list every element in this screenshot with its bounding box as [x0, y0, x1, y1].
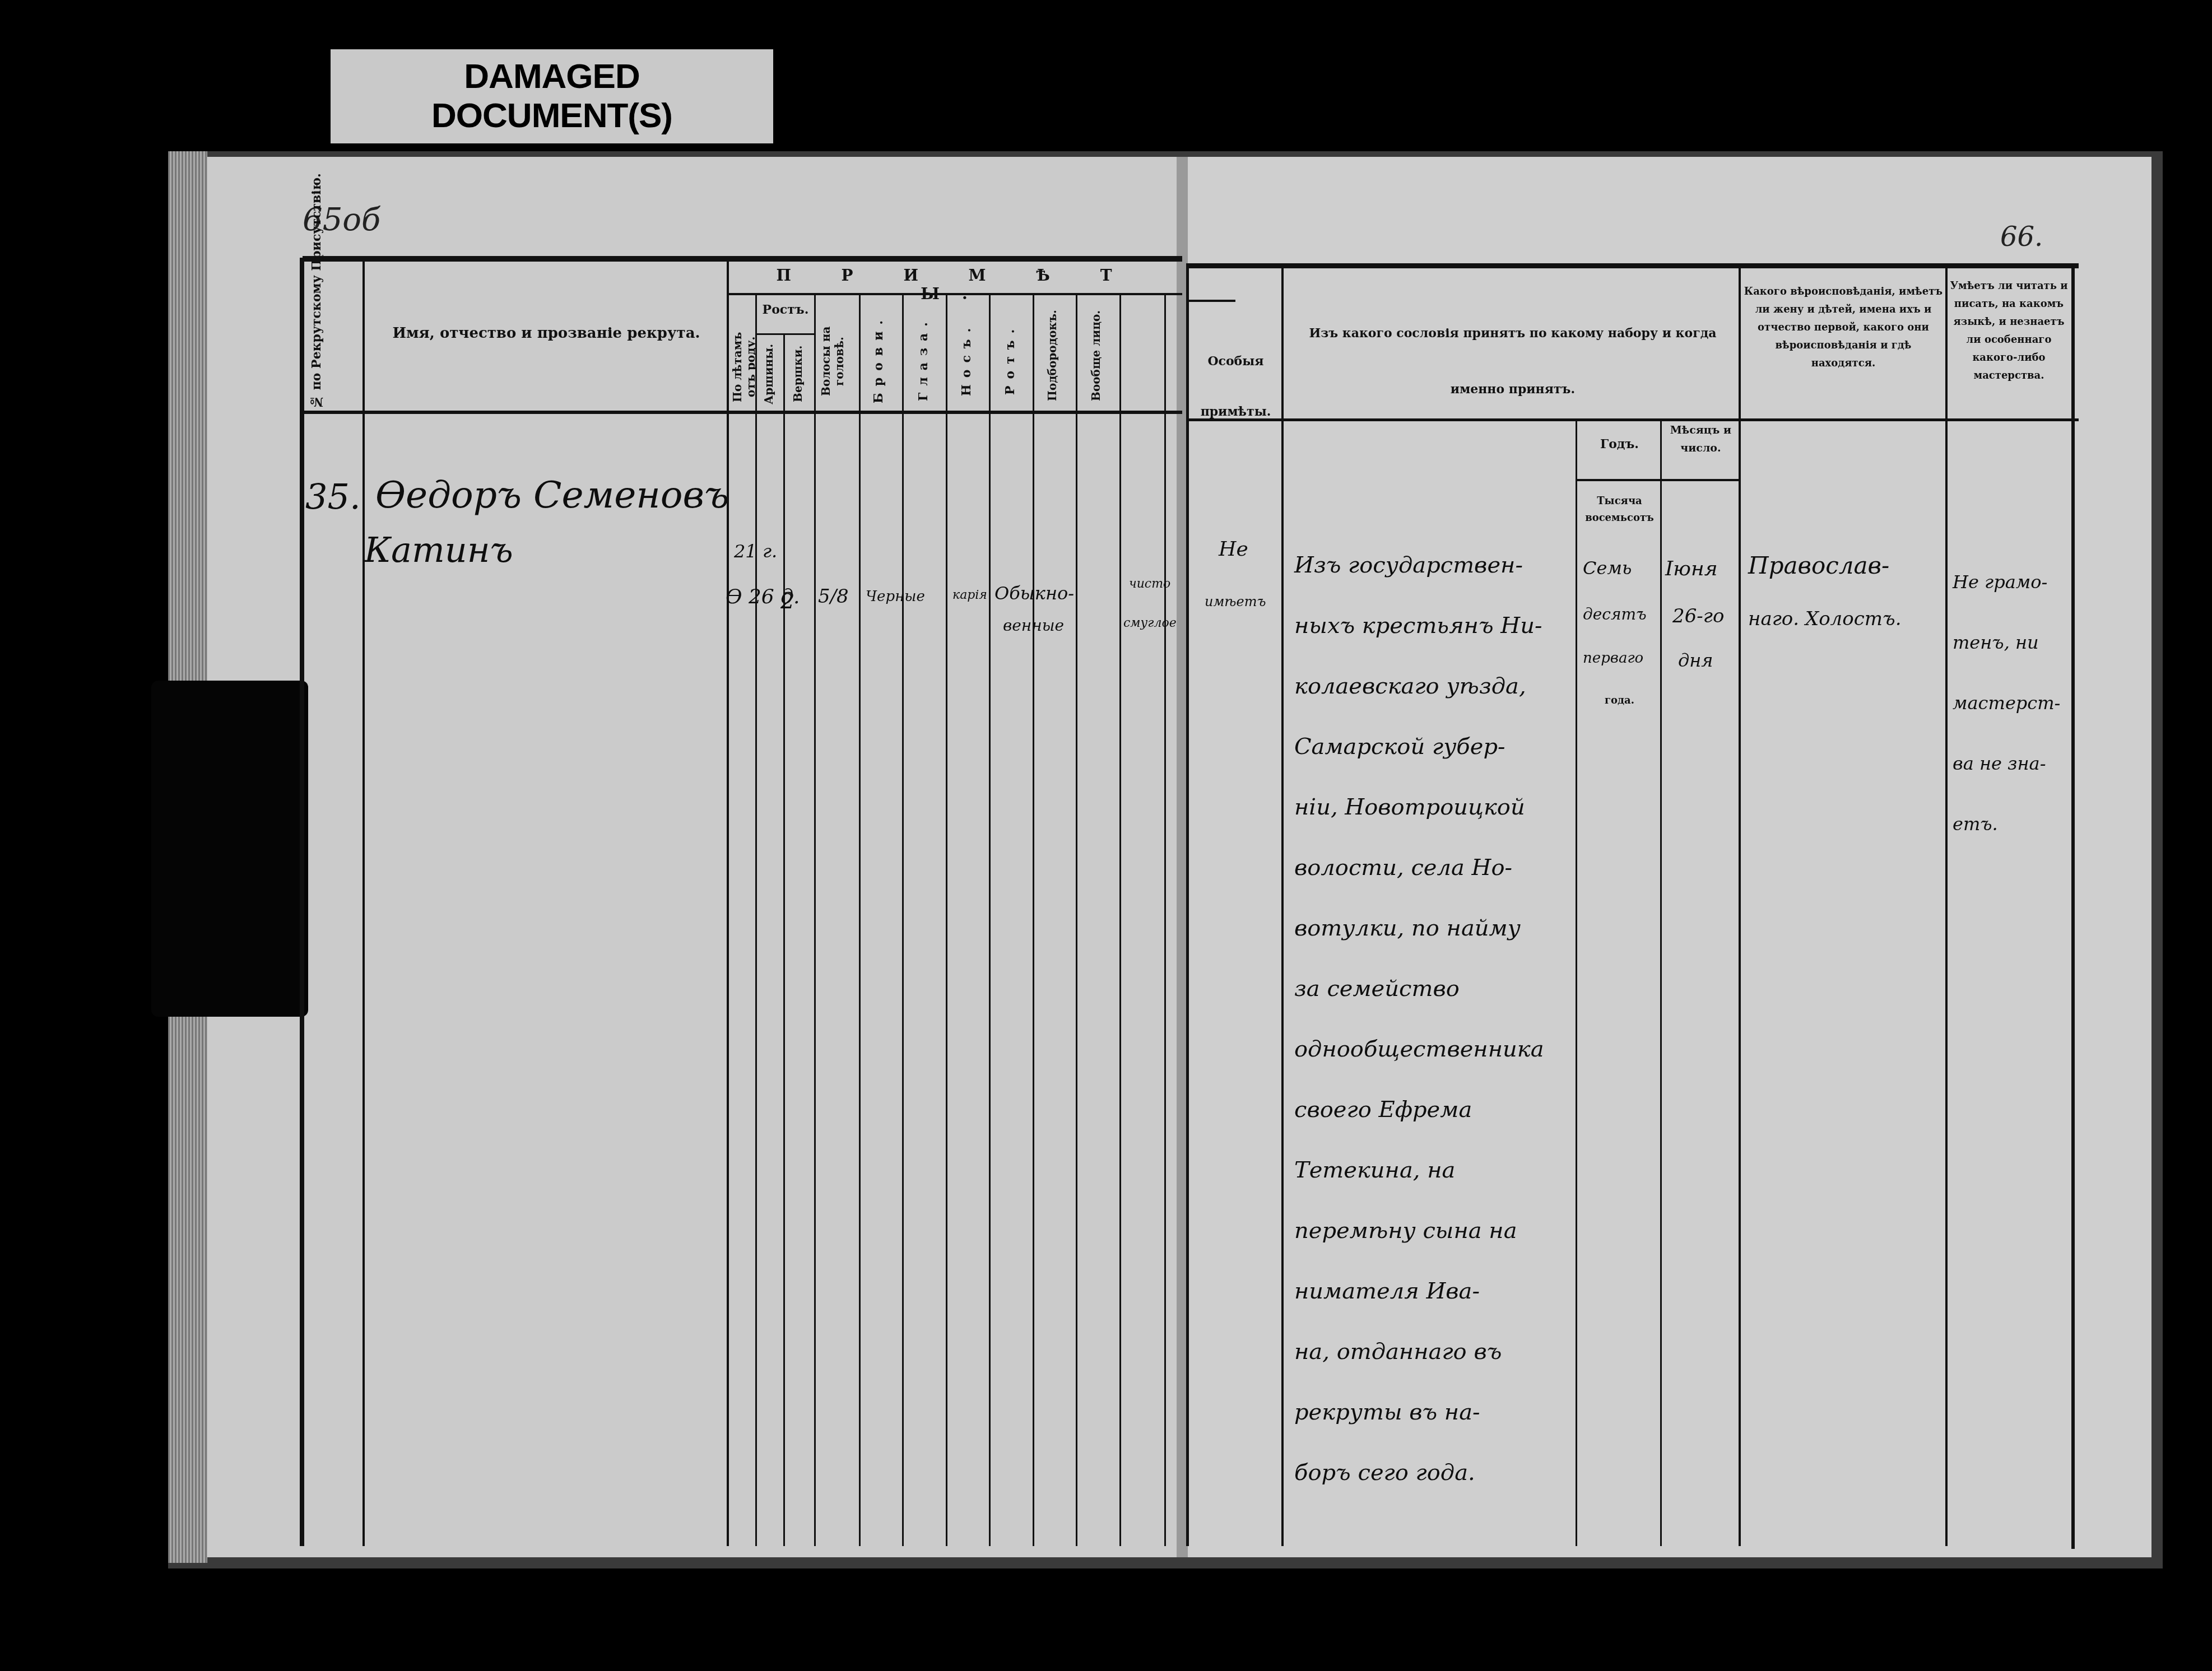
rule	[1186, 263, 1189, 1546]
header-month-day: Мѣсяцъ и число.	[1663, 421, 1739, 457]
entry-month-line1: Іюня	[1665, 557, 1717, 580]
rule	[1188, 300, 1235, 302]
origin-line: перемѣну сына на	[1294, 1200, 1544, 1261]
header-religion: Какого вѣроисповѣданія, имѣетъ ли жену и…	[1742, 283, 1944, 373]
literacy-line: мастерст-	[1953, 673, 2060, 733]
header-recruit-number: № по Рекрутскому Присутствію.	[307, 269, 326, 409]
entry-name-line1: Ѳедоръ Семеновъ	[375, 473, 729, 516]
origin-line: вотулки, по найму	[1294, 898, 1544, 958]
origin-line: боръ сего года.	[1294, 1442, 1544, 1503]
entry-number: 35.	[305, 476, 361, 517]
origin-line: нимателя Ива-	[1294, 1261, 1544, 1321]
header-eyes: Глаза.	[916, 314, 931, 403]
header-signs-group: П Р И М Ѣ Т Ы.	[731, 266, 1179, 303]
header-brows: Брови.	[871, 314, 886, 403]
rule	[1576, 420, 1577, 1546]
rule	[1945, 263, 1948, 1546]
origin-line: ніи, Новотроицкой	[1294, 777, 1544, 837]
stamp-line-1: DAMAGED	[464, 57, 639, 96]
entry-month-line3: дня	[1678, 650, 1713, 671]
entry-name-line2: Катинъ	[364, 529, 513, 570]
origin-line: рекруты въ на-	[1294, 1382, 1544, 1442]
header-origin: Изъ какого сословія принятъ по какому на…	[1305, 305, 1720, 417]
literacy-line: етъ.	[1953, 794, 2060, 854]
rule	[363, 258, 365, 1546]
header-hair: Волосы на головѣ.	[819, 319, 853, 403]
rule	[902, 294, 904, 1546]
rule	[755, 294, 757, 1546]
entry-year-line3: перваго	[1583, 650, 1643, 667]
header-nose: Носъ.	[959, 314, 974, 403]
entry-eyes-line1: Обыкно-	[995, 583, 1074, 604]
rule	[1660, 420, 1662, 1546]
origin-line: однообщественника	[1294, 1019, 1544, 1079]
rule	[1577, 479, 1740, 481]
header-year: Годъ.	[1579, 437, 1660, 452]
header-age: По лѣтамъ отъ роду.	[731, 325, 753, 409]
header-literacy: Умѣетъ ли читать и писать, на какомъ язы…	[1949, 277, 2069, 385]
origin-line: колаевскаго уѣзда,	[1294, 656, 1544, 716]
entry-religion-line2: наго. Холостъ.	[1748, 608, 1901, 630]
header-chin: Подбородокъ.	[1045, 305, 1059, 406]
rule	[783, 333, 785, 1546]
header-special-signs: Особыя примѣты.	[1192, 336, 1279, 437]
rule	[300, 258, 304, 1546]
origin-line: ныхъ крестьянъ Ни-	[1294, 595, 1544, 656]
origin-line: Изъ государствен-	[1294, 535, 1544, 595]
header-year-printed-bottom: года.	[1579, 695, 1660, 706]
rule	[303, 256, 1182, 262]
rule	[1076, 294, 1077, 1546]
origin-line: Тетекина, на	[1294, 1140, 1544, 1200]
rule	[1164, 294, 1166, 1546]
header-mouth: Ротъ.	[1003, 314, 1017, 403]
rule	[1119, 294, 1121, 1546]
header-year-printed-top: Тысяча восемьсотъ	[1579, 493, 1660, 527]
rule	[946, 294, 947, 1546]
entry-literacy: Не грамо- тенъ, ни мастерст- ва не зна- …	[1953, 552, 2060, 854]
entry-religion-line1: Православ-	[1748, 552, 1889, 579]
left-page	[207, 157, 1182, 1557]
header-vershok: Вершки.	[791, 342, 805, 406]
entry-special-signs-line2: имѣетъ	[1205, 594, 1266, 609]
damaged-document-stamp: DAMAGED DOCUMENT(S)	[331, 49, 773, 143]
rule	[756, 333, 815, 335]
entry-origin: Изъ государствен- ныхъ крестьянъ Ни- кол…	[1294, 535, 1544, 1503]
origin-line: Самарской губер-	[1294, 716, 1544, 777]
header-height-group: Ростъ.	[758, 302, 814, 317]
rule	[1033, 294, 1034, 1546]
entry-face-line2: смуглое	[1123, 616, 1177, 630]
origin-line: за семейство	[1294, 958, 1544, 1019]
literacy-line: ва не зна-	[1953, 733, 2060, 794]
header-arshin: Аршины.	[762, 342, 775, 406]
entry-arshin: 2	[780, 588, 794, 614]
binding-clip	[151, 681, 308, 1017]
rule	[1281, 263, 1284, 1546]
entry-year-line1: Семь	[1583, 557, 1632, 579]
folio-right: 66.	[2000, 221, 2043, 253]
entry-special-signs-line1: Не	[1219, 538, 1248, 561]
literacy-line: тенъ, ни	[1953, 612, 2060, 673]
origin-line: волости, села Но-	[1294, 837, 1544, 898]
rule	[2071, 266, 2075, 1549]
header-face: Вообще лицо.	[1089, 305, 1103, 406]
header-recruit-name: Имя, отчество и прозваніе рекрута.	[370, 325, 723, 342]
entry-month-line2: 26-го	[1672, 605, 1724, 627]
entry-eyes-line2: венные	[1003, 616, 1064, 635]
rule	[303, 411, 1182, 414]
entry-brows: карія	[952, 588, 987, 602]
origin-line: своего Ефрема	[1294, 1079, 1544, 1140]
rule	[727, 258, 729, 1546]
origin-line: на, отданнаго въ	[1294, 1321, 1544, 1382]
stamp-line-2: DOCUMENT(S)	[431, 96, 672, 136]
entry-face-line1: чисто	[1129, 577, 1170, 591]
entry-hair: Черные	[866, 588, 925, 605]
entry-age-years: 21 г.	[734, 541, 777, 562]
literacy-line: Не грамо-	[1953, 552, 2060, 612]
rule	[859, 294, 861, 1546]
entry-year-line2: десятъ	[1583, 605, 1647, 623]
rule	[1739, 263, 1741, 1546]
rule	[814, 294, 816, 1546]
entry-vershok: 5/8	[818, 585, 849, 608]
rule	[989, 294, 991, 1546]
